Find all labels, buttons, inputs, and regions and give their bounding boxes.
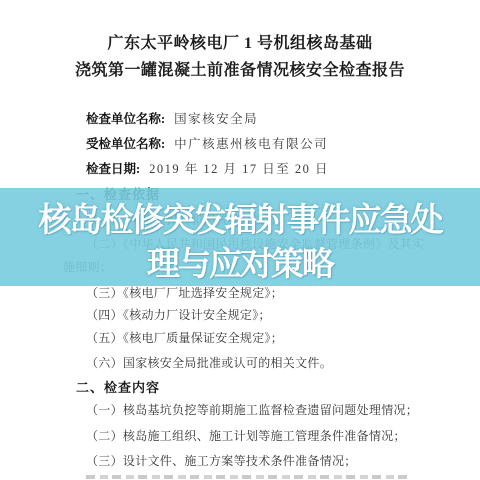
document-title-line2: 浇筑第一罐混凝土前准备情况核安全检查报告: [0, 62, 480, 80]
document-page: 广东太平岭核电厂 1 号机组核岛基础 浇筑第一罐混凝土前准备情况核安全检查报告 …: [0, 0, 480, 480]
partial-next-line: [86, 475, 411, 479]
list-item: （六）国家核安全局批准或认可的相关文件。: [86, 357, 332, 371]
meta-label: 检查单位名称:: [86, 112, 165, 126]
meta-row-inspection-date: 检查日期:2019 年 12 月 17 日至 20 日: [86, 162, 329, 176]
meta-value: 国家核安全局: [174, 112, 258, 126]
list-item: （三）设计文件、施工方案等技术条件准备情况；: [86, 455, 357, 469]
meta-row-inspected-unit: 受检单位名称:中广核惠州核电有限公司: [86, 137, 328, 151]
meta-value: 2019 年 12 月 17 日至 20 日: [149, 162, 329, 176]
meta-label: 检查日期:: [86, 162, 140, 176]
list-item: （二）核岛施工组织、施工计划等施工管理条件准备情况；: [86, 430, 406, 444]
meta-value: 中广核惠州核电有限公司: [174, 137, 328, 151]
meta-row-inspecting-unit: 检查单位名称:国家核安全局: [86, 112, 258, 126]
document-title-line1: 广东太平岭核电厂 1 号机组核岛基础: [0, 35, 480, 53]
list-item: （四）《核动力厂设计安全规定》；: [86, 309, 271, 323]
list-item: （三）《核电厂厂址选择安全规定》；: [86, 287, 283, 301]
overlay-banner-text-line1: 核岛检修突发辐射事件应急处: [0, 203, 480, 236]
overlay-banner-text-line2: 理与应对策略: [0, 247, 480, 280]
list-item: （一）核岛基坑负挖等前期施工监督检查遗留问题处理情况；: [86, 404, 418, 418]
list-item: （五）《核电厂质量保证安全规定》；: [86, 332, 283, 346]
meta-label: 受检单位名称:: [86, 137, 165, 151]
section2-heading: 二、检查内容: [76, 381, 160, 396]
